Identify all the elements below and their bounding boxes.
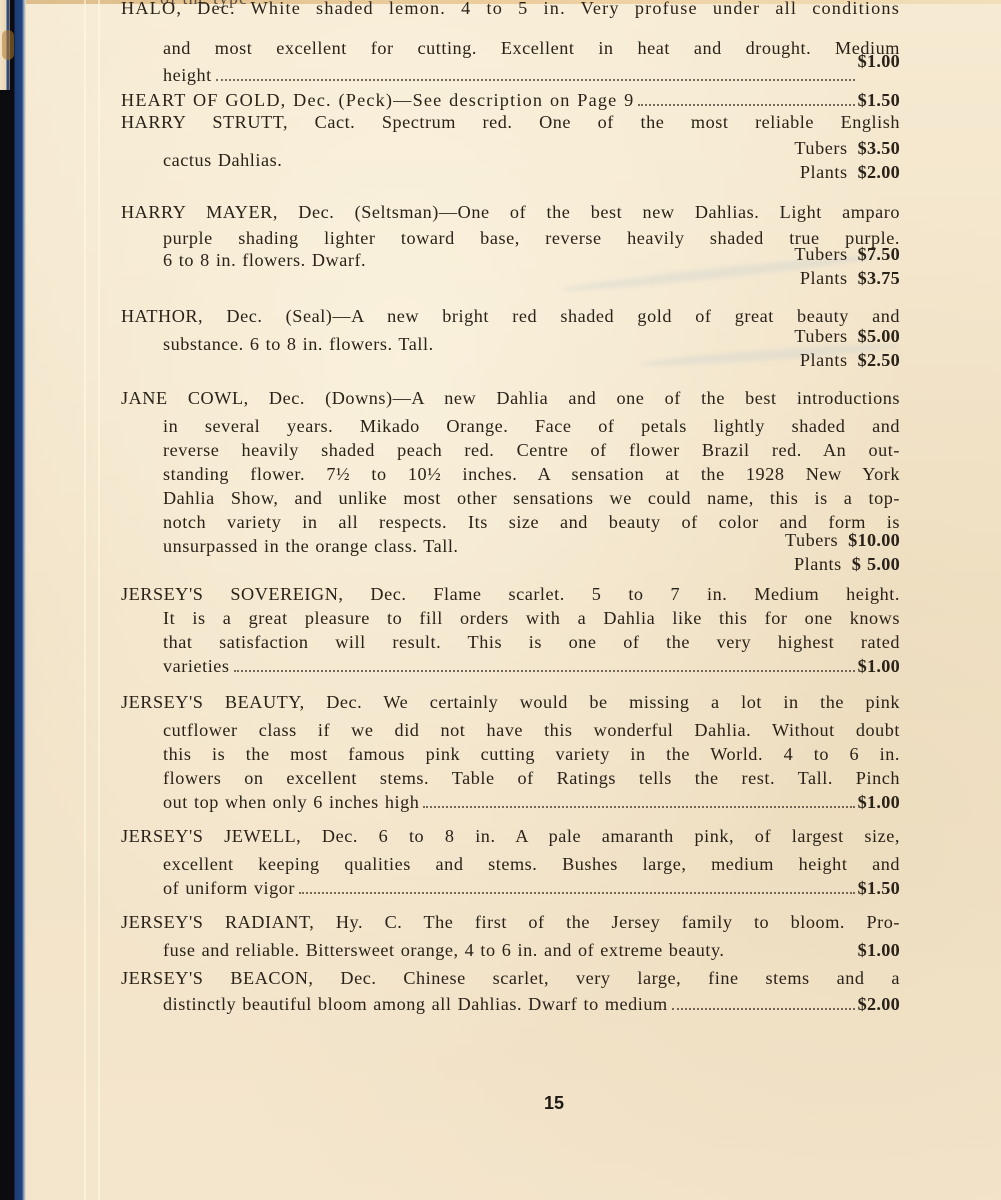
- price: $3.50: [858, 136, 900, 160]
- price-row: Tubers$7.50: [794, 242, 900, 266]
- entry-text: cutflower class if we did not have this …: [163, 720, 900, 740]
- dot-leader: [216, 78, 855, 81]
- paper-fold: [84, 0, 86, 1200]
- price-label: Plants: [800, 266, 848, 290]
- price-label: Tubers: [794, 242, 847, 266]
- dot-leader: [234, 669, 855, 672]
- entry-text: height: [163, 63, 212, 87]
- price-label: Plants: [800, 348, 848, 372]
- price-label: Tubers: [785, 528, 838, 552]
- entry-text: 6 to 8 in. flowers. Dwarf.: [163, 250, 366, 270]
- page-number: 15: [544, 1093, 564, 1114]
- price-label: Tubers: [794, 136, 847, 160]
- price-row: Tubers$10.00: [785, 528, 900, 552]
- price: $1.00: [858, 654, 900, 678]
- entry-text: of uniform vigor: [163, 876, 295, 900]
- entry-text: unsurpassed in the orange class. Tall.: [163, 536, 459, 556]
- entry-text: out top when only 6 inches high: [163, 790, 419, 814]
- price: $1.00: [858, 49, 900, 73]
- price-label: Tubers: [794, 324, 847, 348]
- entry-text: reverse heavily shaded peach red. Centre…: [163, 440, 900, 460]
- dot-leader: [299, 891, 855, 894]
- dot-leader: [672, 1007, 855, 1010]
- price: $1.50: [858, 876, 900, 900]
- entry-text: flowers on excellent stems. Table of Rat…: [163, 768, 900, 788]
- paper-fold: [98, 0, 100, 1200]
- entry-text: Dahlia Show, and unlike most other sensa…: [163, 488, 900, 508]
- entry-text: JERSEY'S BEACON, Dec. Chinese scarlet, v…: [121, 968, 900, 988]
- price-row: Plants$3.75: [800, 266, 900, 290]
- entry-text: in several years. Mikado Orange. Face of…: [163, 416, 900, 436]
- entry-text: cactus Dahlias.: [163, 150, 282, 170]
- dot-leader: [423, 805, 854, 808]
- entry-text: this is the most famous pink cutting var…: [163, 744, 900, 764]
- price-row: Plants$2.50: [800, 348, 900, 372]
- price: $2.00: [858, 992, 900, 1016]
- price-label: Plants: [800, 160, 848, 184]
- book-binding: [0, 0, 26, 1200]
- entry-text: substance. 6 to 8 in. flowers. Tall.: [163, 334, 434, 354]
- price-row: Plants$2.00: [800, 160, 900, 184]
- entry-text: JERSEY'S SOVEREIGN, Dec. Flame scarlet. …: [121, 584, 900, 604]
- price: $7.50: [858, 242, 900, 266]
- price: $3.75: [858, 266, 900, 290]
- price: $1.00: [858, 938, 900, 962]
- price-row: Tubers$5.00: [794, 324, 900, 348]
- entry-text: distinctly beautiful bloom among all Dah…: [163, 992, 668, 1016]
- price: $2.00: [858, 160, 900, 184]
- entry-text: JERSEY'S BEAUTY, Dec. We certainly would…: [121, 692, 900, 712]
- price: $5.00: [858, 324, 900, 348]
- entry-text: standing flower. 7½ to 10½ inches. A sen…: [163, 464, 900, 484]
- price: $1.00: [858, 790, 900, 814]
- price-label: Plants: [794, 552, 842, 576]
- price: $ 5.00: [852, 552, 900, 576]
- entry-text: HARRY MAYER, Dec. (Seltsman)—One of the …: [121, 202, 900, 222]
- entry-text: and most excellent for cutting. Excellen…: [163, 38, 900, 58]
- price: $10.00: [848, 528, 900, 552]
- entry-text: purple shading lighter toward base, reve…: [163, 228, 900, 248]
- entry-text: It is a great pleasure to fill orders wi…: [163, 608, 900, 628]
- dot-leader: [638, 103, 854, 106]
- entry-text: excellent keeping qualities and stems. B…: [163, 854, 900, 874]
- entry-text: JANE COWL, Dec. (Downs)—A new Dahlia and…: [121, 388, 900, 408]
- entry-text: fuse and reliable. Bittersweet orange, 4…: [163, 938, 725, 962]
- entry-text: HEART OF GOLD, Dec. (Peck)—See descripti…: [121, 88, 634, 112]
- entry-text: HALO, Dec. White shaded lemon. 4 to 5 in…: [121, 0, 900, 18]
- paper-stain: [2, 30, 14, 60]
- entry-text: JERSEY'S RADIANT, Hy. C. The first of th…: [121, 912, 900, 932]
- entry-text: HARRY STRUTT, Cact. Spectrum red. One of…: [121, 112, 900, 132]
- entry-text: that satisfaction will result. This is o…: [163, 632, 900, 652]
- catalog-page: of the type HALO, Dec. White shaded lemo…: [0, 0, 1001, 1200]
- entry-text: varieties: [163, 654, 230, 678]
- price-row: Tubers$3.50: [794, 136, 900, 160]
- price: $1.50: [858, 88, 900, 112]
- entry-text: HATHOR, Dec. (Seal)—A new bright red sha…: [121, 306, 900, 326]
- price: $2.50: [858, 348, 900, 372]
- entry-text: JERSEY'S JEWELL, Dec. 6 to 8 in. A pale …: [121, 826, 900, 846]
- price-row: Plants$ 5.00: [794, 552, 900, 576]
